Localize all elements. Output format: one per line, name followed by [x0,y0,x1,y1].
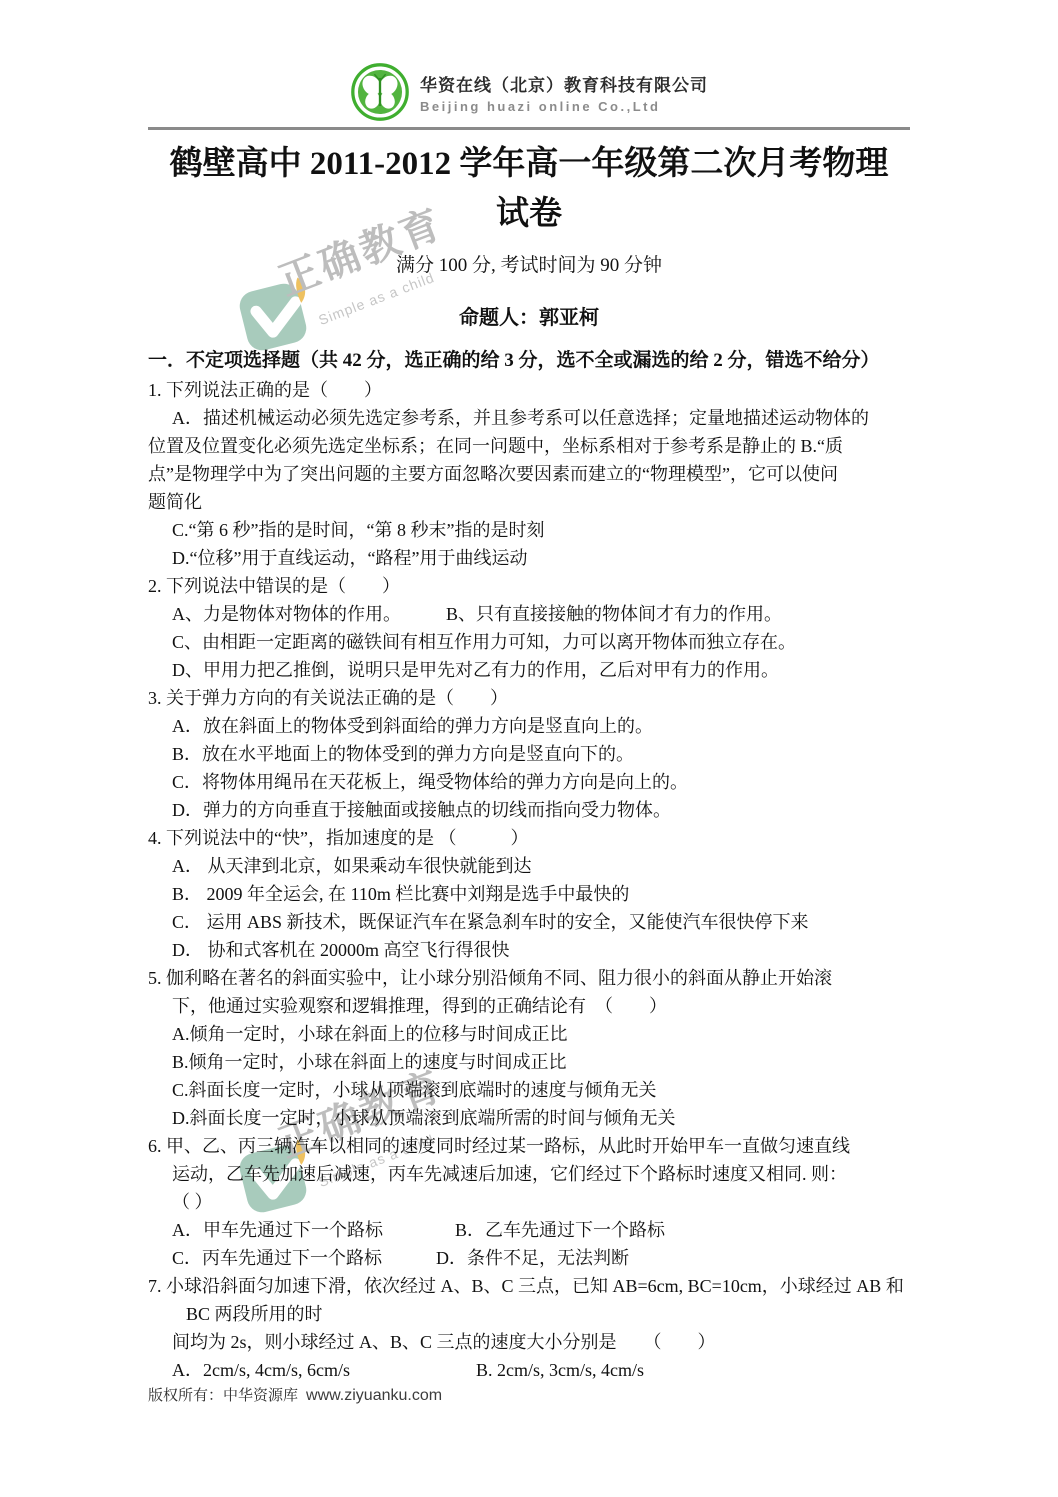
question-line: 7. 小球沿斜面匀加速下滑，依次经过 A、B、C 三点，已知 AB=6cm, B… [148,1272,910,1300]
section-heading: 一．不定项选择题（共 42 分，选正确的给 3 分，选不全或漏选的给 2 分，错… [148,346,910,376]
question-line: D．弹力的方向垂直于接触面或接触点的切线而指向受力物体。 [148,796,910,824]
question-5: 5. 伽利略在著名的斜面实验中，让小球分别沿倾角不同、阻力很小的斜面从静止开始滚… [148,964,910,1132]
question-line: C、由相距一定距离的磁铁间有相互作用力可知，力可以离开物体而独立存在。 [148,628,910,656]
question-line: A.倾角一定时，小球在斜面上的位移与时间成正比 [148,1020,910,1048]
question-line: 运动，乙车先加速后减速，丙车先减速后加速，它们经过下个路标时速度又相同. 则： [148,1160,910,1188]
huazi-butterfly-logo-icon [350,62,410,122]
question-line: D、甲用力把乙推倒，说明只是甲先对乙有力的作用，乙后对甲有力的作用。 [148,656,910,684]
company-name-en: Beijing huazi online Co.,Ltd [420,99,708,114]
company-name-block: 华资在线（北京）教育科技有限公司 Beijing huazi online Co… [420,71,708,114]
question-line: 4. 下列说法中的“快”，指加速度的是 （ ） [148,824,910,852]
question-line: A、力是物体对物体的作用。 B、只有直接接触的物体间才有力的作用。 [148,600,910,628]
question-line: D.斜面长度一定时，小球从顶端滚到底端所需的时间与倾角无关 [148,1104,910,1132]
question-4: 4. 下列说法中的“快”，指加速度的是 （ ）A． 从天津到北京，如果乘动车很快… [148,824,910,964]
question-line: （ ） [148,1188,910,1216]
question-line: 6. 甲、乙、丙三辆汽车以相同的速度同时经过某一路标，从此时开始甲车一直做匀速直… [148,1132,910,1160]
question-line: C.“第 6 秒”指的是时间，“第 8 秒末”指的是时刻 [148,516,910,544]
header-divider [148,127,910,130]
question-line: 2. 下列说法中错误的是（ ） [148,572,910,600]
question-3: 3. 关于弹力方向的有关说法正确的是（ ）A．放在斜面上的物体受到斜面给的弹力方… [148,684,910,824]
question-line: D.“位移”用于直线运动，“路程”用于曲线运动 [148,544,910,572]
question-line: A．放在斜面上的物体受到斜面给的弹力方向是竖直向上的。 [148,712,910,740]
question-line: C．将物体用绳吊在天花板上，绳受物体给的弹力方向是向上的。 [148,768,910,796]
question-line: 题简化 [148,488,910,516]
question-line: 5. 伽利略在著名的斜面实验中，让小球分别沿倾角不同、阻力很小的斜面从静止开始滚 [148,964,910,992]
company-header: 华资在线（北京）教育科技有限公司 Beijing huazi online Co… [148,0,910,122]
footer-url: www.ziyuanku.com [306,1387,442,1404]
exam-author: 命题人：郭亚柯 [148,305,910,331]
question-line: D． 协和式客机在 20000m 高空飞行得很快 [148,936,910,964]
question-line: 3. 关于弹力方向的有关说法正确的是（ ） [148,684,910,712]
question-7: 7. 小球沿斜面匀加速下滑，依次经过 A、B、C 三点，已知 AB=6cm, B… [148,1272,910,1384]
question-line: 间均为 2s，则小球经过 A、B、C 三点的速度大小分别是 （ ） [148,1328,910,1356]
question-line: C． 运用 ABS 新技术，既保证汽车在紧急刹车时的安全，又能使汽车很快停下来 [148,908,910,936]
question-line: B．放在水平地面上的物体受到的弹力方向是竖直向下的。 [148,740,910,768]
question-line: A． 从天津到北京，如果乘动车很快就能到达 [148,852,910,880]
question-line: A．甲车先通过下一个路标 B．乙车先通过下一个路标 [148,1216,910,1244]
question-2: 2. 下列说法中错误的是（ ）A、力是物体对物体的作用。 B、只有直接接触的物体… [148,572,910,684]
company-name-cn: 华资在线（北京）教育科技有限公司 [420,71,708,96]
question-line: 1. 下列说法正确的是（ ） [148,376,910,404]
question-line: A．描述机械运动必须先选定参考系，并且参考系可以任意选择；定量地描述运动物体的 [148,404,910,432]
question-line: BC 两段所用的时 [148,1300,910,1328]
question-line: A．2cm/s, 4cm/s, 6cm/s B. 2cm/s, 3cm/s, 4… [148,1356,910,1384]
exam-title-line1: 鹤壁高中 2011-2012 学年高一年级第二次月考物理 [148,139,910,189]
exam-title-line2: 试卷 [148,189,910,239]
question-line: C.斜面长度一定时，小球从顶端滚到底端时的速度与倾角无关 [148,1076,910,1104]
questions: 1. 下列说法正确的是（ ）A．描述机械运动必须先选定参考系，并且参考系可以任意… [148,376,910,1384]
exam-info: 满分 100 分, 考试时间为 90 分钟 [148,254,910,278]
question-line: 位置及位置变化必须先选定坐标系；在同一问题中，坐标系相对于参考系是静止的 B.“… [148,432,910,460]
footer-copyright: 版权所有：中华资源库 [148,1388,298,1404]
question-line: B.倾角一定时，小球在斜面上的速度与时间成正比 [148,1048,910,1076]
question-6: 6. 甲、乙、丙三辆汽车以相同的速度同时经过某一路标，从此时开始甲车一直做匀速直… [148,1132,910,1272]
question-line: 下，他通过实验观察和逻辑推理，得到的正确结论有 （ ） [148,992,910,1020]
question-line: 点”是物理学中为了突出问题的主要方面忽略次要因素而建立的“物理模型”，它可以使问 [148,460,910,488]
question-line: C．丙车先通过下一个路标 D．条件不足，无法判断 [148,1244,910,1272]
question-line: B． 2009 年全运会, 在 110m 栏比赛中刘翔是选手中最快的 [148,880,910,908]
question-1: 1. 下列说法正确的是（ ）A．描述机械运动必须先选定参考系，并且参考系可以任意… [148,376,910,572]
footer: 版权所有：中华资源库www.ziyuanku.com [148,1384,442,1405]
exam-document-page: 正确教育 Simple as a child 正确教育 Simple as a … [0,0,1058,1497]
